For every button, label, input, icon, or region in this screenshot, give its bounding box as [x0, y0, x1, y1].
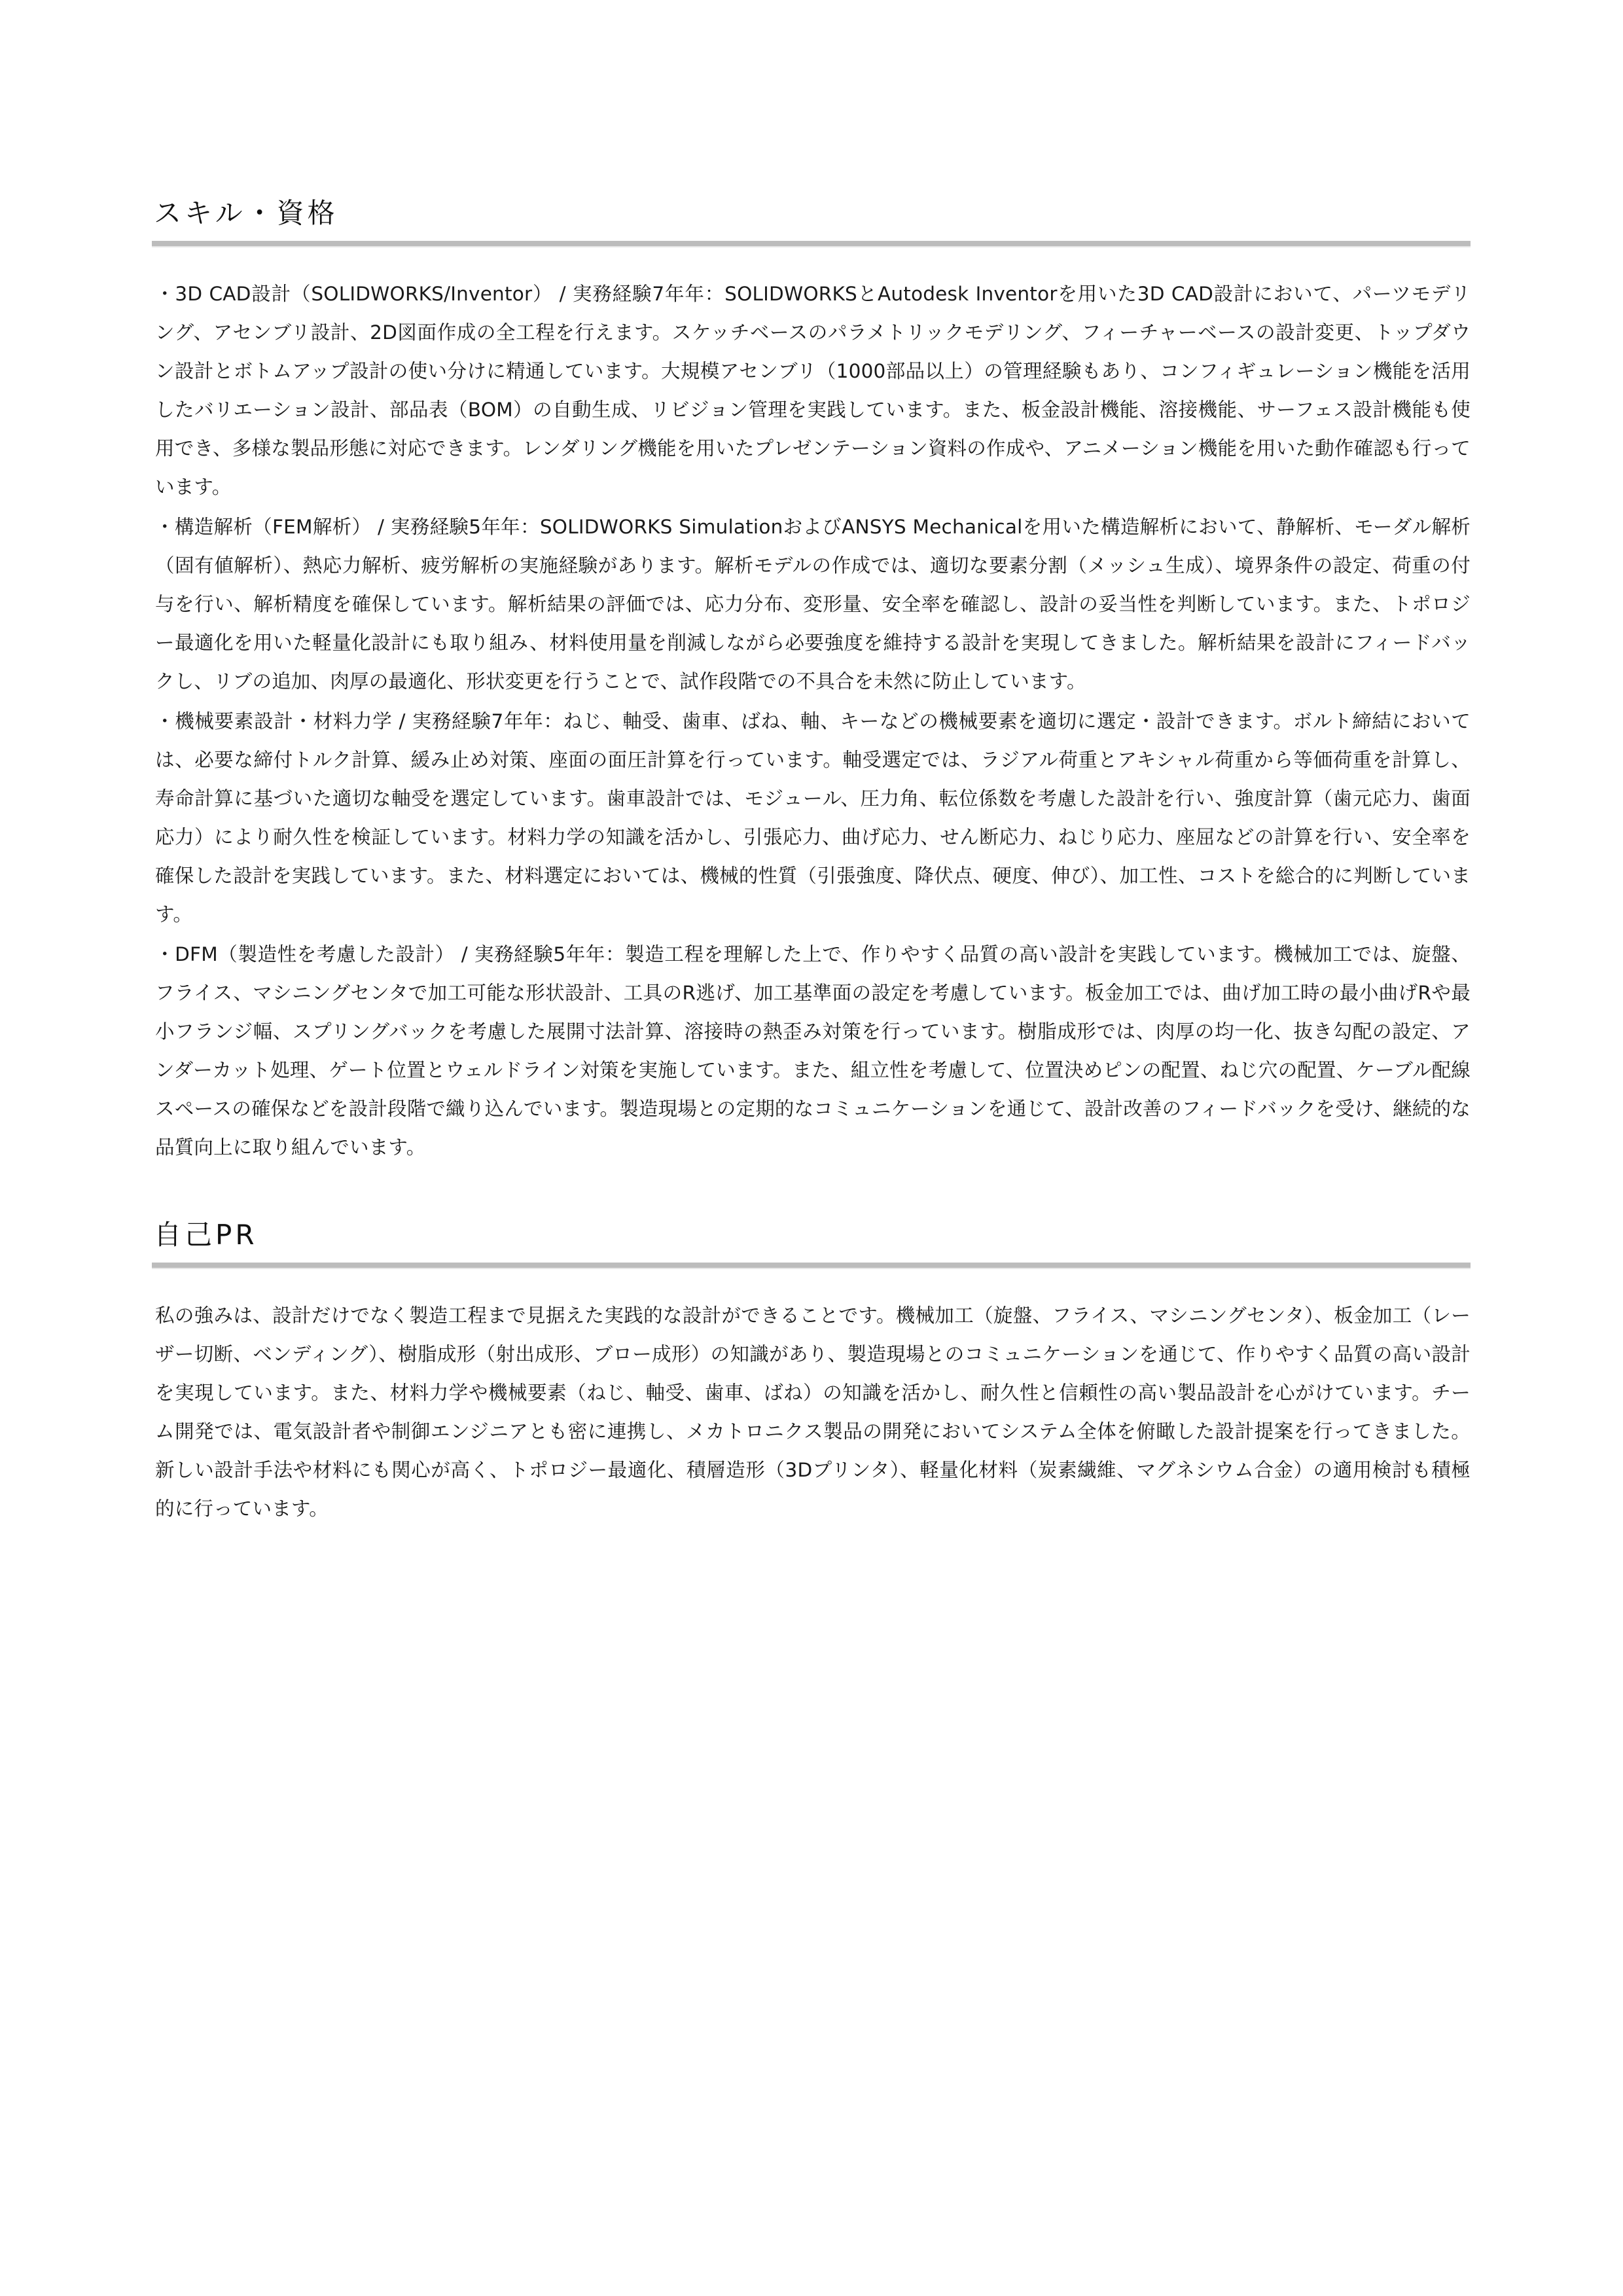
skill-item-machine-elements: ・機械要素設計・材料力学 / 実務経験7年年：ねじ、軸受、歯車、ばね、軸、キーな… [155, 702, 1471, 934]
skill-item-3d-cad: ・3D CAD設計（SOLIDWORKS/Inventor） / 実務経験7年年… [155, 275, 1471, 507]
self-pr-body: 私の強みは、設計だけでなく製造工程まで見据えた実践的な設計ができることです。機械… [155, 1297, 1471, 1528]
section-divider [152, 1263, 1471, 1269]
skill-heading: ・構造解析（FEM解析） / 実務経験5年年： [155, 516, 540, 538]
skill-heading: ・機械要素設計・材料力学 / 実務経験7年年： [155, 710, 563, 732]
self-pr-section: 自己PR 私の強みは、設計だけでなく製造工程まで見据えた実践的な設計ができること… [155, 1215, 1471, 1528]
skills-section-title: スキル・資格 [154, 194, 1471, 233]
skills-list: ・3D CAD設計（SOLIDWORKS/Inventor） / 実務経験7年年… [155, 275, 1471, 1167]
skill-heading: ・3D CAD設計（SOLIDWORKS/Inventor） / 実務経験7年年… [155, 283, 724, 305]
skill-description: SOLIDWORKS SimulationおよびANSYS Mechanical… [155, 516, 1471, 692]
skill-item-fem: ・構造解析（FEM解析） / 実務経験5年年：SOLIDWORKS Simula… [155, 508, 1471, 701]
skill-description: SOLIDWORKSとAutodesk Inventorを用いた3D CAD設計… [155, 283, 1471, 498]
skill-description: ねじ、軸受、歯車、ばね、軸、キーなどの機械要素を適切に選定・設計できます。ボルト… [155, 710, 1471, 925]
skill-heading: ・DFM（製造性を考慮した設計） / 実務経験5年年： [155, 943, 625, 965]
section-divider [152, 241, 1471, 247]
skills-section: スキル・資格 ・3D CAD設計（SOLIDWORKS/Inventor） / … [155, 194, 1471, 1167]
skill-item-dfm: ・DFM（製造性を考慮した設計） / 実務経験5年年：製造工程を理解した上で、作… [155, 935, 1471, 1167]
resume-page: スキル・資格 ・3D CAD設計（SOLIDWORKS/Inventor） / … [155, 0, 1471, 1528]
skill-description: 製造工程を理解した上で、作りやすく品質の高い設計を実践しています。機械加工では、… [155, 943, 1471, 1158]
self-pr-text: 私の強みは、設計だけでなく製造工程まで見据えた実践的な設計ができることです。機械… [155, 1297, 1471, 1528]
self-pr-section-title: 自己PR [154, 1215, 1471, 1255]
